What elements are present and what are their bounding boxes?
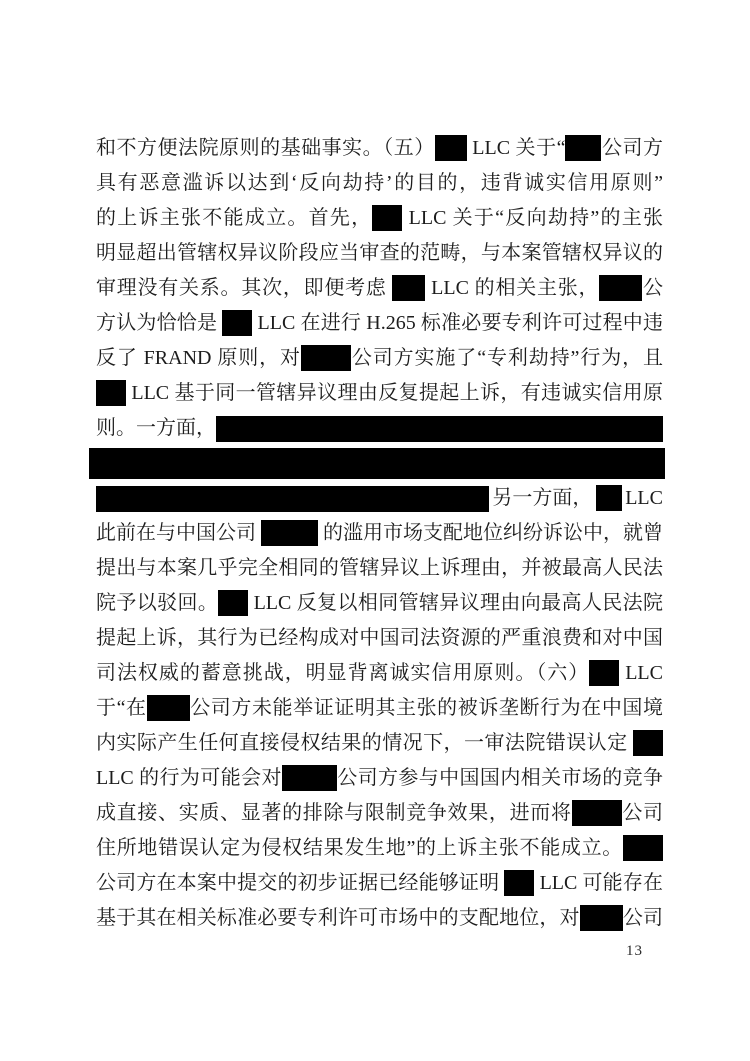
text-line: 则。一方面， — [96, 411, 663, 446]
redaction-box — [435, 135, 467, 161]
text-segment: 明显超出管辖权异议阶段应当审查的范畴，与本案管辖权异议的 — [96, 242, 663, 264]
text-line: 审理没有关系。其次，即便考虑 LLC 的相关主张，公司 — [96, 271, 663, 306]
redaction-bar — [96, 486, 489, 512]
text-segment: 成直接、实质、显著的排除与限制竞争效果，进而将 — [96, 802, 572, 824]
text-segment: 具有恶意滥诉以达到‘反向劫持’的目的，违背诚实信用原则” — [96, 172, 663, 194]
text-line: LLC 基于同一管辖异议理由反复提起上诉，有违诚实信用原 — [96, 376, 663, 411]
text-line: 提出与本案几乎完全相同的管辖异议上诉理由，并被最高人民法 — [96, 551, 663, 586]
redaction-box — [282, 765, 337, 791]
text-segment: 反了 FRAND 原则，对 — [96, 347, 301, 369]
text-line: 和不方便法院原则的基础事实。（五） LLC 关于“公司方 — [96, 131, 663, 166]
redaction-box — [623, 835, 663, 861]
text-segment: 和不方便法院原则的基础事实。（五） — [96, 137, 435, 159]
text-line: LLC 的行为可能会对公司方参与中国国内相关市场的竞争造 — [96, 761, 663, 796]
redaction-box — [572, 800, 622, 826]
text-line: 此前在与中国公司 的滥用市场支配地位纠纷诉讼中，就曾 — [96, 516, 663, 551]
text-segment: 方认为恰恰是 — [96, 312, 222, 334]
text-segment: LLC 可能存在 — [534, 872, 663, 894]
redaction-box — [504, 870, 534, 896]
redaction-box — [580, 905, 623, 931]
redaction-box — [301, 345, 351, 371]
text-line: 内实际产生任何直接侵权结果的情况下，一审法院错误认定 — [96, 726, 663, 761]
text-segment: 审理没有关系。其次，即便考虑 — [96, 277, 392, 299]
text-segment: 此前在与中国公司 — [96, 522, 261, 544]
text-segment: LLC — [625, 481, 663, 516]
text-segment: 提起上诉，其行为已经构成对中国司法资源的严重浪费和对中国 — [96, 627, 663, 649]
text-segment: 的上诉主张不能成立。首先， — [96, 207, 372, 229]
page-number: 13 — [626, 943, 643, 960]
text-line: 明显超出管辖权异议阶段应当审查的范畴，与本案管辖权异议的 — [96, 236, 663, 271]
text-segment: LLC 反复以相同管辖异议理由向最高人民法院 — [248, 592, 663, 614]
text-segment: LLC 关于“反向劫持”的主张 — [402, 207, 663, 229]
text-line: 住所地错误认定为侵权结果发生地”的上诉主张不能成立。 — [96, 831, 663, 866]
redaction-box — [218, 590, 248, 616]
redaction-box — [565, 135, 601, 161]
text-segment: 基于其在相关标准必要专利许可市场中的支配地位，对 — [96, 907, 580, 929]
document-page: { "page": { "number": "13", "background_… — [0, 0, 750, 1061]
text-segment: LLC 关于“ — [467, 137, 566, 159]
text-segment: LLC 在进行 H.265 标准必要专利许可过程中违 — [252, 312, 663, 334]
text-line: 反了 FRAND 原则，对公司方实施了“专利劫持”行为，且 — [96, 341, 663, 376]
redaction-box — [596, 485, 622, 511]
text-segment: 公司方实施了“专利劫持”行为，且 — [351, 347, 663, 369]
redaction-box — [147, 695, 190, 721]
redaction-box — [392, 275, 425, 301]
redaction-bar — [216, 416, 663, 442]
text-segment: 司法权威的蓄意挑战，明显背离诚实信用原则。（六） — [96, 662, 589, 684]
text-line: 提起上诉，其行为已经构成对中国司法资源的严重浪费和对中国 — [96, 621, 663, 656]
redaction-box — [261, 520, 318, 546]
text-line: 基于其在相关标准必要专利许可市场中的支配地位，对公司 — [96, 901, 663, 936]
text-segment: 则。一方面， — [96, 411, 216, 446]
text-line: 于“在公司方未能举证证明其主张的被诉垄断行为在中国境 — [96, 691, 663, 726]
redaction-box — [589, 660, 619, 686]
text-line: 公司方在本案中提交的初步证据已经能够证明 LLC 可能存在 — [96, 866, 663, 901]
text-segment: LLC 的行为可能会对 — [96, 767, 282, 789]
text-segment: 提出与本案几乎完全相同的管辖异议上诉理由，并被最高人民法 — [96, 557, 663, 579]
redaction-box — [633, 730, 663, 756]
text-segment: 住所地错误认定为侵权结果发生地”的上诉主张不能成立。 — [96, 837, 623, 859]
text-segment: 公司方未能举证证明其主张的被诉垄断行为在中国境 — [190, 697, 663, 719]
text-line: 院予以驳回。 LLC 反复以相同管辖异议理由向最高人民法院 — [96, 586, 663, 621]
text-segment: 另一方面， — [492, 481, 592, 516]
text-line: 方认为恰恰是 LLC 在进行 H.265 标准必要专利许可过程中违 — [96, 306, 663, 341]
text-segment: 公司方 — [601, 137, 663, 159]
text-line: 的上诉主张不能成立。首先， LLC 关于“反向劫持”的主张 — [96, 201, 663, 236]
text-segment: LLC 的相关主张， — [425, 277, 599, 299]
text-segment: 的滥用市场支配地位纠纷诉讼中，就曾 — [318, 522, 663, 544]
text-segment: LLC 基于同一管辖异议理由反复提起上诉，有违诚实信用原 — [126, 382, 663, 404]
text-line: 具有恶意滥诉以达到‘反向劫持’的目的，违背诚实信用原则” — [96, 166, 663, 201]
redaction-box — [96, 380, 126, 406]
text-line — [89, 446, 665, 481]
redaction-bar — [89, 448, 665, 479]
text-line: 另一方面，LLC — [96, 481, 663, 516]
text-line: 司法权威的蓄意挑战，明显背离诚实信用原则。（六） LLC 关 — [96, 656, 663, 691]
redaction-box — [599, 275, 642, 301]
text-segment: 于“在 — [96, 697, 147, 719]
text-segment: 公司方在本案中提交的初步证据已经能够证明 — [96, 872, 504, 894]
text-segment: 公司 — [623, 907, 663, 929]
document-body: 和不方便法院原则的基础事实。（五） LLC 关于“公司方具有恶意滥诉以达到‘反向… — [96, 131, 663, 936]
redaction-box — [222, 310, 252, 336]
text-segment: 内实际产生任何直接侵权结果的情况下，一审法院错误认定 — [96, 732, 633, 754]
redaction-box — [372, 205, 402, 231]
text-line: 成直接、实质、显著的排除与限制竞争效果，进而将公司方 — [96, 796, 663, 831]
text-segment: 院予以驳回。 — [96, 592, 218, 614]
